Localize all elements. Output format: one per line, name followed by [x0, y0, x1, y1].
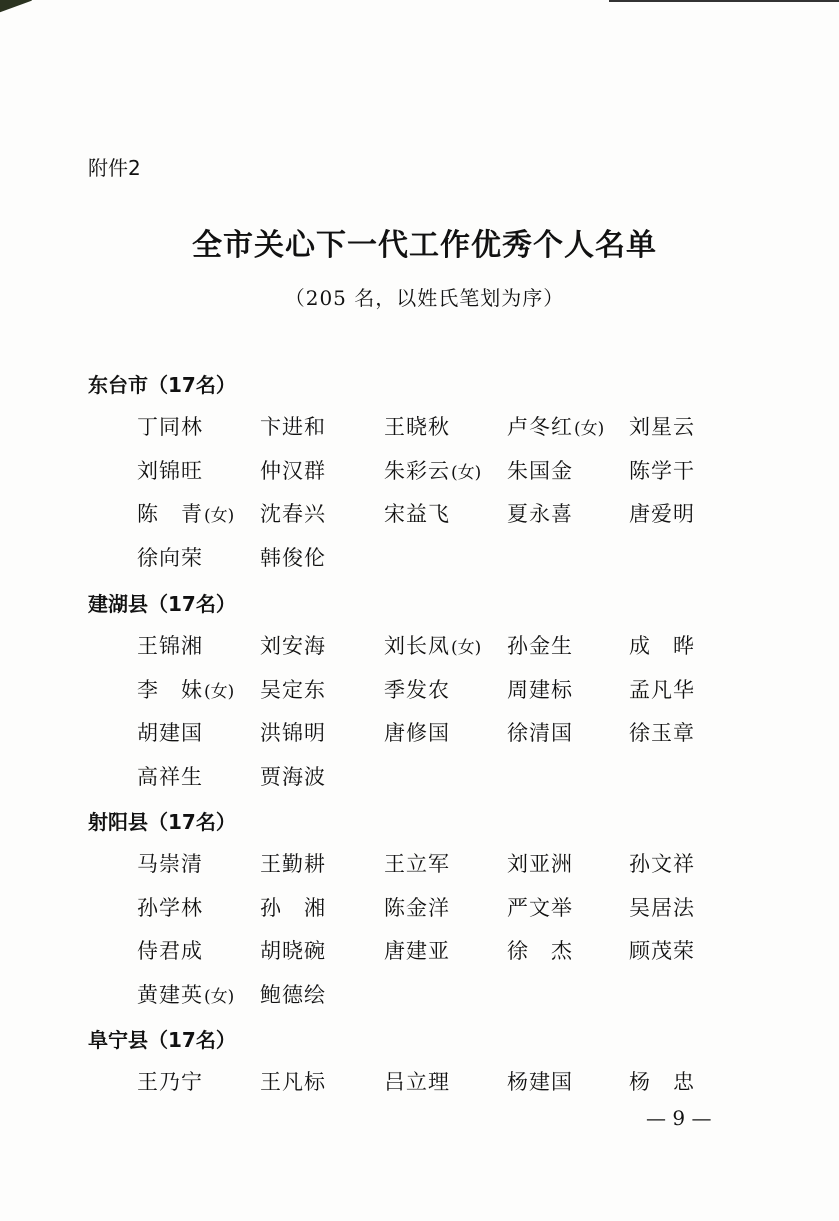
person-name: 夏永喜	[507, 498, 573, 528]
person-name-text: 杨 忠	[629, 1070, 695, 1094]
person-name: 徐向荣	[137, 542, 203, 572]
person-name-text: 卞进和	[260, 415, 326, 439]
person-name: 季发农	[384, 674, 450, 704]
page-title: 全市关心下一代工作优秀个人名单	[0, 220, 839, 264]
person-name: 吕立理	[384, 1066, 450, 1096]
person-name-text: 孙学林	[137, 896, 203, 920]
person-name: 王锦湘	[137, 630, 203, 660]
person-name: 黄建英(女)	[137, 979, 234, 1009]
person-name-text: 陈金洋	[384, 896, 450, 920]
person-name-text: 徐向荣	[137, 546, 203, 570]
person-name-text: 刘锦旺	[137, 459, 203, 483]
person-name: 洪锦明	[260, 717, 326, 747]
person-name: 唐建亚	[384, 935, 450, 965]
person-name-text: 孙 湘	[260, 896, 326, 920]
person-name-text: 王乃宁	[137, 1070, 203, 1094]
person-name: 吴定东	[260, 674, 326, 704]
person-name: 贾海波	[260, 761, 326, 791]
person-name-text: 周建标	[507, 678, 573, 702]
person-name-text: 黄建英	[137, 983, 203, 1007]
page-number: — 9 —	[646, 1106, 711, 1130]
person-name-text: 成 晔	[629, 634, 695, 658]
page-subtitle: （205 名，以姓氏笔划为序）	[0, 282, 839, 311]
person-name-text: 徐玉章	[629, 721, 695, 745]
person-name: 唐爱明	[629, 498, 695, 528]
person-name-text: 季发农	[384, 678, 450, 702]
person-name-text: 王凡标	[260, 1070, 326, 1094]
person-name: 吴居法	[629, 892, 695, 922]
person-name-text: 夏永喜	[507, 502, 573, 526]
person-name: 沈春兴	[260, 498, 326, 528]
person-name: 鲍德绘	[260, 979, 326, 1009]
person-name: 卞进和	[260, 411, 326, 441]
person-name-text: 吴居法	[629, 896, 695, 920]
person-name-text: 马崇清	[137, 852, 203, 876]
person-name: 刘星云	[629, 411, 695, 441]
person-name-text: 王晓秋	[384, 415, 450, 439]
attachment-label: 附件2	[88, 152, 141, 181]
person-name: 胡建国	[137, 717, 203, 747]
person-name: 侍君成	[137, 935, 203, 965]
person-name: 杨 忠	[629, 1066, 695, 1096]
person-name: 陈 青(女)	[137, 498, 234, 528]
person-name-text: 胡建国	[137, 721, 203, 745]
person-name-text: 唐建亚	[384, 939, 450, 963]
person-name: 仲汉群	[260, 455, 326, 485]
person-name-text: 唐修国	[384, 721, 450, 745]
female-marker: (女)	[204, 987, 234, 1007]
person-name-text: 刘星云	[629, 415, 695, 439]
person-name-text: 贾海波	[260, 765, 326, 789]
person-name: 胡晓碗	[260, 935, 326, 965]
section-heading: 建湖县（17名）	[88, 588, 236, 617]
person-name: 徐清国	[507, 717, 573, 747]
person-name-text: 王立军	[384, 852, 450, 876]
page-edge-shadow	[609, 0, 839, 2]
person-name-text: 仲汉群	[260, 459, 326, 483]
person-name: 徐 杰	[507, 935, 573, 965]
person-name-text: 王勤耕	[260, 852, 326, 876]
person-name-text: 胡晓碗	[260, 939, 326, 963]
person-name-text: 刘长凤	[384, 634, 450, 658]
person-name: 陈学干	[629, 455, 695, 485]
person-name: 孙 湘	[260, 892, 326, 922]
person-name: 朱国金	[507, 455, 573, 485]
person-name-text: 陈学干	[629, 459, 695, 483]
person-name: 顾茂荣	[629, 935, 695, 965]
person-name-text: 孙文祥	[629, 852, 695, 876]
female-marker: (女)	[204, 682, 234, 702]
person-name-text: 沈春兴	[260, 502, 326, 526]
person-name-text: 孙金生	[507, 634, 573, 658]
person-name: 卢冬红(女)	[507, 411, 604, 441]
person-name: 丁同林	[137, 411, 203, 441]
person-name: 孟凡华	[629, 674, 695, 704]
section-heading: 射阳县（17名）	[88, 806, 236, 835]
person-name: 孙学林	[137, 892, 203, 922]
person-name: 宋益飞	[384, 498, 450, 528]
person-name-text: 孟凡华	[629, 678, 695, 702]
person-name: 王凡标	[260, 1066, 326, 1096]
person-name: 严文举	[507, 892, 573, 922]
person-name: 孙金生	[507, 630, 573, 660]
person-name-text: 严文举	[507, 896, 573, 920]
person-name-text: 吴定东	[260, 678, 326, 702]
person-name: 王晓秋	[384, 411, 450, 441]
person-name: 刘亚洲	[507, 848, 573, 878]
person-name-text: 顾茂荣	[629, 939, 695, 963]
person-name-text: 唐爱明	[629, 502, 695, 526]
person-name: 刘安海	[260, 630, 326, 660]
person-name-text: 高祥生	[137, 765, 203, 789]
person-name-text: 侍君成	[137, 939, 203, 963]
person-name: 孙文祥	[629, 848, 695, 878]
person-name-text: 刘安海	[260, 634, 326, 658]
person-name: 刘长凤(女)	[384, 630, 481, 660]
person-name: 徐玉章	[629, 717, 695, 747]
person-name-text: 鲍德绘	[260, 983, 326, 1007]
person-name-text: 徐 杰	[507, 939, 573, 963]
female-marker: (女)	[451, 638, 481, 658]
person-name: 李 妹(女)	[137, 674, 234, 704]
person-name-text: 洪锦明	[260, 721, 326, 745]
person-name: 周建标	[507, 674, 573, 704]
female-marker: (女)	[451, 463, 481, 483]
person-name: 高祥生	[137, 761, 203, 791]
person-name: 成 晔	[629, 630, 695, 660]
person-name-text: 王锦湘	[137, 634, 203, 658]
person-name: 唐修国	[384, 717, 450, 747]
person-name: 王勤耕	[260, 848, 326, 878]
person-name: 王乃宁	[137, 1066, 203, 1096]
person-name-text: 李 妹	[137, 678, 203, 702]
page-corner-shadow	[0, 0, 32, 14]
person-name: 王立军	[384, 848, 450, 878]
person-name-text: 韩俊伦	[260, 546, 326, 570]
person-name: 马崇清	[137, 848, 203, 878]
person-name-text: 杨建国	[507, 1070, 573, 1094]
person-name: 杨建国	[507, 1066, 573, 1096]
person-name: 朱彩云(女)	[384, 455, 481, 485]
person-name-text: 卢冬红	[507, 415, 573, 439]
person-name-text: 朱彩云	[384, 459, 450, 483]
person-name-text: 刘亚洲	[507, 852, 573, 876]
person-name-text: 宋益飞	[384, 502, 450, 526]
person-name-text: 徐清国	[507, 721, 573, 745]
person-name-text: 吕立理	[384, 1070, 450, 1094]
female-marker: (女)	[574, 419, 604, 439]
female-marker: (女)	[204, 506, 234, 526]
section-heading: 阜宁县（17名）	[88, 1024, 236, 1053]
person-name: 陈金洋	[384, 892, 450, 922]
person-name-text: 丁同林	[137, 415, 203, 439]
section-heading: 东台市（17名）	[88, 369, 236, 398]
person-name: 韩俊伦	[260, 542, 326, 572]
person-name: 刘锦旺	[137, 455, 203, 485]
person-name-text: 陈 青	[137, 502, 203, 526]
person-name-text: 朱国金	[507, 459, 573, 483]
